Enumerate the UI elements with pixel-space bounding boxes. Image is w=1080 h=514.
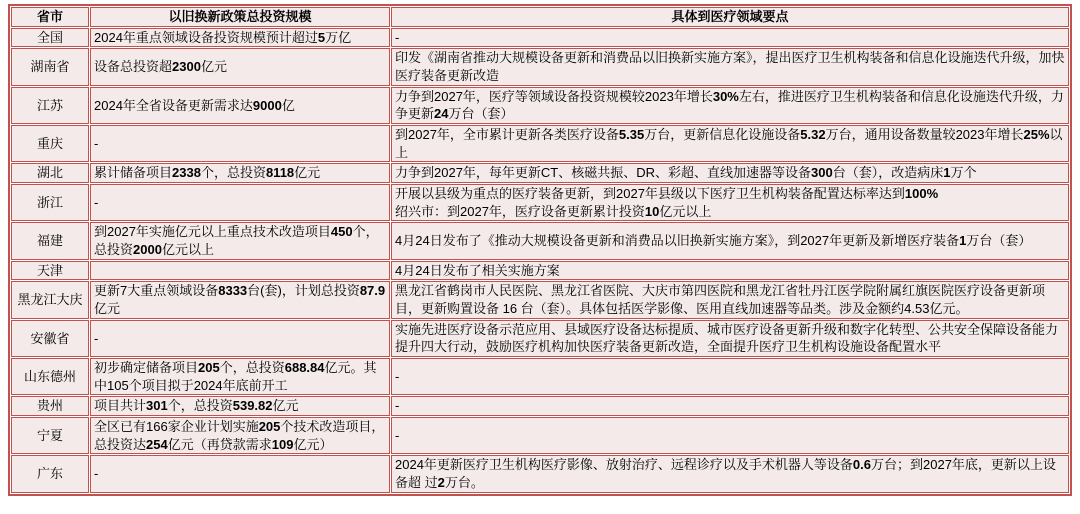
table-row: 宁夏全区已有166家企业计划实施205个技术改造项目，总投资达254亿元（再贷款… [11,417,1069,454]
bold-text-segment: 5.35 [619,127,644,142]
investment-cell: 初步确定储备项目205个，总投资688.84亿元。其中105个项目拟于2024年… [90,358,390,395]
medical-cell: 开展以县级为重点的医疗装备更新，到2027年县级以下医疗卫生机构装备配置达标率达… [391,184,1069,221]
table-row: 湖北累计储备项目2338个，总投资8118亿元力争到2027年，每年更新CT、核… [11,163,1069,183]
text-segment: - [94,136,98,151]
trade-in-policy-table: 省市 以旧换新政策总投资规模 具体到医疗领域要点 全国2024年重点领域设备投资… [8,4,1072,496]
investment-cell: 累计储备项目2338个，总投资8118亿元 [90,163,390,183]
text-segment: 个，总投资 [168,398,233,413]
text-segment: 4月24日发布了相关实施方案 [395,263,560,278]
table-row: 重庆-到2027年，全市累计更新各类医疗设备5.35万台，更新信息化设施设备5.… [11,125,1069,162]
bold-text-segment: 205 [259,419,281,434]
investment-cell [90,261,390,281]
table-row: 浙江-开展以县级为重点的医疗装备更新，到2027年县级以下医疗卫生机构装备配置达… [11,184,1069,221]
text-segment: 台(套)，计划总投资 [247,283,360,298]
bold-text-segment: 100% [905,186,938,201]
text-segment: 更新7大重点领域设备 [94,283,218,298]
province-cell: 全国 [11,28,89,48]
text-segment: 万台，通用设备数量较2023年增长 [826,127,1024,142]
province-cell: 浙江 [11,184,89,221]
text-segment: 实施先进医疗设备示范应用、县域医疗设备达标提质、城市医疗设备更新升级和数字化转型… [395,322,1058,355]
text-segment: 亿元 [273,398,299,413]
text-segment: 亿元） [293,437,332,452]
text-segment: 个，总投资 [201,165,266,180]
province-cell: 山东德州 [11,358,89,395]
medical-cell: 印发《湖南省推动大规模设备更新和消费品以旧换新实施方案》，提出医疗卫生机构装备和… [391,48,1069,85]
bold-text-segment: 205 [198,360,220,375]
bold-text-segment: 9000 [253,98,282,113]
text-segment: 亿元以上 [659,204,711,219]
bold-text-segment: 0.6 [853,457,871,472]
text-segment: 全区已有166家企业计划实施 [94,419,259,434]
col-header-investment: 以旧换新政策总投资规模 [90,7,390,27]
table-row: 天津4月24日发布了相关实施方案 [11,261,1069,281]
page: 省市 以旧换新政策总投资规模 具体到医疗领域要点 全国2024年重点领域设备投资… [0,0,1080,500]
table-row: 广东-2024年更新医疗卫生机构医疗影像、放射治疗、远程诊疗以及手术机器人等设备… [11,455,1069,492]
medical-cell: 黑龙江省鹤岗市人民医院、黑龙江省医院、大庆市第四医院和黑龙江省牡丹江医学院附属红… [391,281,1069,318]
table-row: 贵州项目共计301个，总投资539.82亿元- [11,396,1069,416]
investment-cell: - [90,125,390,162]
bold-text-segment: 539.82 [233,398,273,413]
text-segment: 万台，更新信息化设施设备 [644,127,800,142]
medical-cell: 4月24日发布了《推动大规模设备更新和消费品以旧换新实施方案》，到2027年更新… [391,222,1069,259]
investment-cell: 全区已有166家企业计划实施205个技术改造项目，总投资达254亿元（再贷款需求… [90,417,390,454]
text-segment: 力争到2027年，医疗等领域设备投资规模较2023年增长 [395,89,713,104]
bold-text-segment: 24 [434,106,448,121]
investment-cell: - [90,320,390,357]
header-row: 省市 以旧换新政策总投资规模 具体到医疗领域要点 [11,7,1069,27]
text-segment: 设备总投资超 [94,59,172,74]
bold-text-segment: 2338 [172,165,201,180]
investment-cell: 2024年重点领域设备投资规模预计超过5万亿 [90,28,390,48]
medical-cell: - [391,417,1069,454]
bold-text-segment: 25% [1023,127,1049,142]
bold-text-segment: 300 [811,165,833,180]
province-cell: 江苏 [11,87,89,124]
text-segment: 项目共计 [94,398,146,413]
investment-cell: 更新7大重点领域设备8333台(套)，计划总投资87.9亿元 [90,281,390,318]
table-row: 山东德州初步确定储备项目205个，总投资688.84亿元。其中105个项目拟于2… [11,358,1069,395]
text-segment: - [395,398,399,413]
investment-cell: 项目共计301个，总投资539.82亿元 [90,396,390,416]
text-segment: 到2027年实施亿元以上重点技术改造项目 [94,224,331,239]
text-segment: 4月24日发布了《推动大规模设备更新和消费品以旧换新实施方案》，到2027年更新… [395,233,959,248]
bold-text-segment: 2 [438,475,445,490]
text-segment: 力争到2027年，每年更新CT、核磁共振、DR、彩超、直线加速器等设备 [395,165,811,180]
text-segment: 亿元 [201,59,227,74]
bold-text-segment: 8118 [266,165,294,180]
province-cell: 湖北 [11,163,89,183]
investment-cell: 2024年全省设备更新需求达9000亿 [90,87,390,124]
bold-text-segment: 5.32 [800,127,825,142]
table-row: 湖南省设备总投资超2300亿元印发《湖南省推动大规模设备更新和消费品以旧换新实施… [11,48,1069,85]
text-segment: 绍兴市：到2027年，医疗设备更新累计投资 [395,204,645,219]
text-segment: 累计储备项目 [94,165,172,180]
text-segment: 开展以县级为重点的医疗装备更新，到2027年县级以下医疗卫生机构装备配置达标率达… [395,186,905,201]
investment-cell: - [90,184,390,221]
bold-text-segment: 30% [713,89,739,104]
bold-text-segment: 254 [146,437,168,452]
province-cell: 广东 [11,455,89,492]
bold-text-segment: 8333 [218,283,247,298]
text-segment: 万台。 [445,475,484,490]
table-row: 黑龙江大庆更新7大重点领域设备8333台(套)，计划总投资87.9亿元黑龙江省鹤… [11,281,1069,318]
bold-text-segment: 10 [645,204,659,219]
table-row: 全国2024年重点领域设备投资规模预计超过5万亿- [11,28,1069,48]
text-segment: 万亿 [325,30,351,45]
table-row: 江苏2024年全省设备更新需求达9000亿力争到2027年，医疗等领域设备投资规… [11,87,1069,124]
medical-cell: 4月24日发布了相关实施方案 [391,261,1069,281]
table-row: 福建到2027年实施亿元以上重点技术改造项目450个，总投资2000亿元以上4月… [11,222,1069,259]
text-segment: 初步确定储备项目 [94,360,198,375]
medical-cell: 实施先进医疗设备示范应用、县域医疗设备达标提质、城市医疗设备更新升级和数字化转型… [391,320,1069,357]
text-segment: 黑龙江省鹤岗市人民医院、黑龙江省医院、大庆市第四医院和黑龙江省牡丹江医学院附属红… [395,283,1045,316]
text-segment: 台（套），改造病床 [833,165,944,180]
medical-cell: 2024年更新医疗卫生机构医疗影像、放射治疗、远程诊疗以及手术机器人等设备0.6… [391,455,1069,492]
text-segment: 到2027年，全市累计更新各类医疗设备 [395,127,619,142]
medical-cell: - [391,396,1069,416]
text-segment: 2024年更新医疗卫生机构医疗影像、放射治疗、远程诊疗以及手术机器人等设备 [395,457,853,472]
province-cell: 福建 [11,222,89,259]
investment-cell: 设备总投资超2300亿元 [90,48,390,85]
province-cell: 宁夏 [11,417,89,454]
medical-cell: 力争到2027年，医疗等领域设备投资规模较2023年增长30%左右，推进医疗卫生… [391,87,1069,124]
text-segment: - [395,428,399,443]
text-segment: 印发《湖南省推动大规模设备更新和消费品以旧换新实施方案》，提出医疗卫生机构装备和… [395,50,1065,83]
text-segment: 万台（套） [966,233,1031,248]
bold-text-segment: 109 [272,437,294,452]
text-segment: 个，总投资 [220,360,285,375]
medical-cell: - [391,28,1069,48]
investment-cell: 到2027年实施亿元以上重点技术改造项目450个，总投资2000亿元以上 [90,222,390,259]
text-segment: - [94,466,98,481]
bold-text-segment: 688.84 [285,360,325,375]
province-cell: 黑龙江大庆 [11,281,89,318]
text-segment: - [395,369,399,384]
col-header-medical: 具体到医疗领域要点 [391,7,1069,27]
medical-cell: 力争到2027年，每年更新CT、核磁共振、DR、彩超、直线加速器等设备300台（… [391,163,1069,183]
text-segment: 2024年重点领域设备投资规模预计超过 [94,30,318,45]
table-body: 全国2024年重点领域设备投资规模预计超过5万亿-湖南省设备总投资超2300亿元… [11,28,1069,493]
text-segment: 亿元 [294,165,320,180]
medical-cell: - [391,358,1069,395]
investment-cell: - [90,455,390,492]
bold-text-segment: 2300 [172,59,201,74]
text-segment: 万个 [950,165,976,180]
text-segment: 2024年全省设备更新需求达 [94,98,253,113]
province-cell: 重庆 [11,125,89,162]
bold-text-segment: 2000 [133,242,162,257]
text-segment: 亿元 [94,301,120,316]
table-row: 安徽省-实施先进医疗设备示范应用、县域医疗设备达标提质、城市医疗设备更新升级和数… [11,320,1069,357]
text-segment: 万台（套） [448,106,513,121]
text-segment: 亿 [282,98,295,113]
medical-cell: 到2027年，全市累计更新各类医疗设备5.35万台，更新信息化设施设备5.32万… [391,125,1069,162]
province-cell: 贵州 [11,396,89,416]
text-segment: - [94,331,98,346]
bold-text-segment: 450 [331,224,353,239]
text-segment: - [395,30,399,45]
text-segment: 亿元（再贷款需求 [168,437,272,452]
bold-text-segment: 301 [146,398,168,413]
text-segment: - [94,195,98,210]
col-header-province: 省市 [11,7,89,27]
text-segment: 亿元以上 [162,242,214,257]
province-cell: 天津 [11,261,89,281]
province-cell: 安徽省 [11,320,89,357]
province-cell: 湖南省 [11,48,89,85]
bold-text-segment: 87.9 [360,283,385,298]
